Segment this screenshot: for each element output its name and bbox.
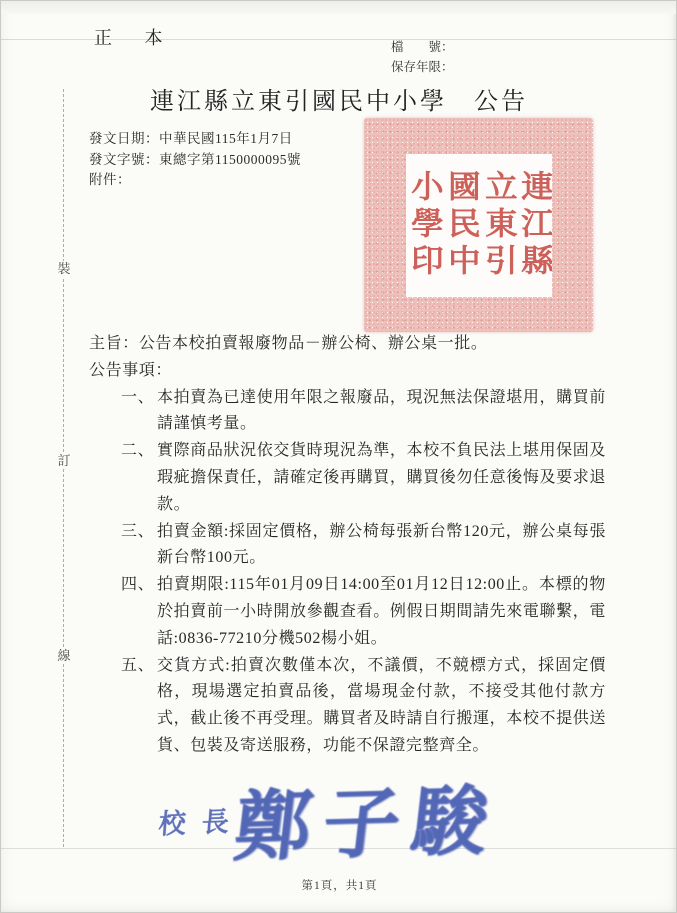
seal-text-column: 連江縣 [515, 170, 551, 281]
item-number: 五、 [121, 653, 157, 760]
official-red-seal: 連江縣 立東引 國民中 小學印 [364, 118, 593, 332]
doc-number-line: 發文字號：東總字第1150000095號 [89, 150, 301, 171]
document-title: 連江縣立東引國民中小學 公告 [61, 81, 617, 116]
seal-text-column: 小學印 [406, 170, 442, 281]
binding-mark-xian: 線 [55, 648, 73, 664]
page-number-footer: 第1頁，共1頁 [1, 877, 677, 893]
copy-type-label: 正 本 [94, 24, 177, 50]
announcement-items: 一、 本拍賣為已達使用年限之報廢品，現況無法保證堪用，購買前請謹慎考量。 二、 … [89, 385, 606, 760]
seal-inner-face: 連江縣 立東引 國民中 小學印 [406, 154, 552, 297]
principal-signature-stamp: 鄭子駿 [229, 760, 506, 876]
issue-date-line: 發文日期：中華民國115年1月7日 [89, 129, 301, 150]
item-number: 四、 [121, 572, 157, 652]
item-number: 二、 [121, 438, 157, 518]
subject-label: 主旨： [89, 331, 139, 358]
binding-mark-ding: 訂 [55, 453, 73, 469]
announcement-body: 主旨： 公告本校拍賣報廢物品－辦公椅、辦公桌一批。 公告事項： 一、 本拍賣為已… [89, 331, 606, 760]
item-text: 交貨方式:拍賣次數僅本次，不議價，不競標方式，採固定價格，現場選定拍賣品後，當場… [157, 653, 606, 760]
item-text: 實際商品狀況依交貨時現況為準，本校不負民法上堪用保固及瑕疵擔保責任，請確定後再購… [157, 438, 606, 518]
file-number-label: 檔 號： [391, 37, 454, 57]
announcement-item: 二、 實際商品狀況依交貨時現況為準，本校不負民法上堪用保固及瑕疵擔保責任，請確定… [89, 438, 606, 518]
subject-line: 主旨： 公告本校拍賣報廢物品－辦公椅、辦公桌一批。 [89, 331, 606, 358]
scan-artifact-band [1, 1, 676, 14]
announcement-item: 一、 本拍賣為已達使用年限之報廢品，現況無法保證堪用，購買前請謹慎考量。 [89, 385, 606, 439]
binding-mark-zhuang: 裝 [55, 261, 73, 277]
item-number: 一、 [121, 385, 157, 439]
seal-text-column: 國民中 [442, 170, 478, 281]
subject-text: 公告本校拍賣報廢物品－辦公椅、辦公桌一批。 [139, 331, 488, 358]
item-text: 本拍賣為已達使用年限之報廢品，現況無法保證堪用，購買前請謹慎考量。 [157, 385, 606, 439]
announcement-item: 五、 交貨方式:拍賣次數僅本次，不議價，不競標方式，採固定價格，現場選定拍賣品後… [89, 653, 606, 760]
document-meta: 發文日期：中華民國115年1月7日 發文字號：東總字第1150000095號 附… [89, 129, 301, 191]
item-text: 拍賣期限:115年01月09日14:00至01月12日12:00止。本標的物於拍… [157, 572, 606, 652]
attachment-line: 附件： [89, 170, 301, 191]
item-text: 拍賣金額:採固定價格，辦公椅每張新台幣120元，辦公桌每張新台幣100元。 [157, 519, 606, 573]
announcement-item: 三、 拍賣金額:採固定價格，辦公椅每張新台幣120元，辦公桌每張新台幣100元。 [89, 519, 606, 573]
retention-period-label: 保存年限： [391, 57, 454, 77]
principal-signature-block: 校長 鄭子駿 [151, 769, 531, 879]
seal-text-column: 立東引 [479, 170, 515, 281]
filing-info: 檔 號： 保存年限： [391, 37, 454, 77]
items-header: 公告事項： [89, 358, 606, 385]
announcement-item: 四、 拍賣期限:115年01月09日14:00至01月12日12:00止。本標的… [89, 572, 606, 652]
scanned-announcement-document: 裝 訂 線 正 本 檔 號： 保存年限： 連江縣立東引國民中小學 公告 發文日期… [0, 0, 677, 913]
item-number: 三、 [121, 519, 157, 573]
